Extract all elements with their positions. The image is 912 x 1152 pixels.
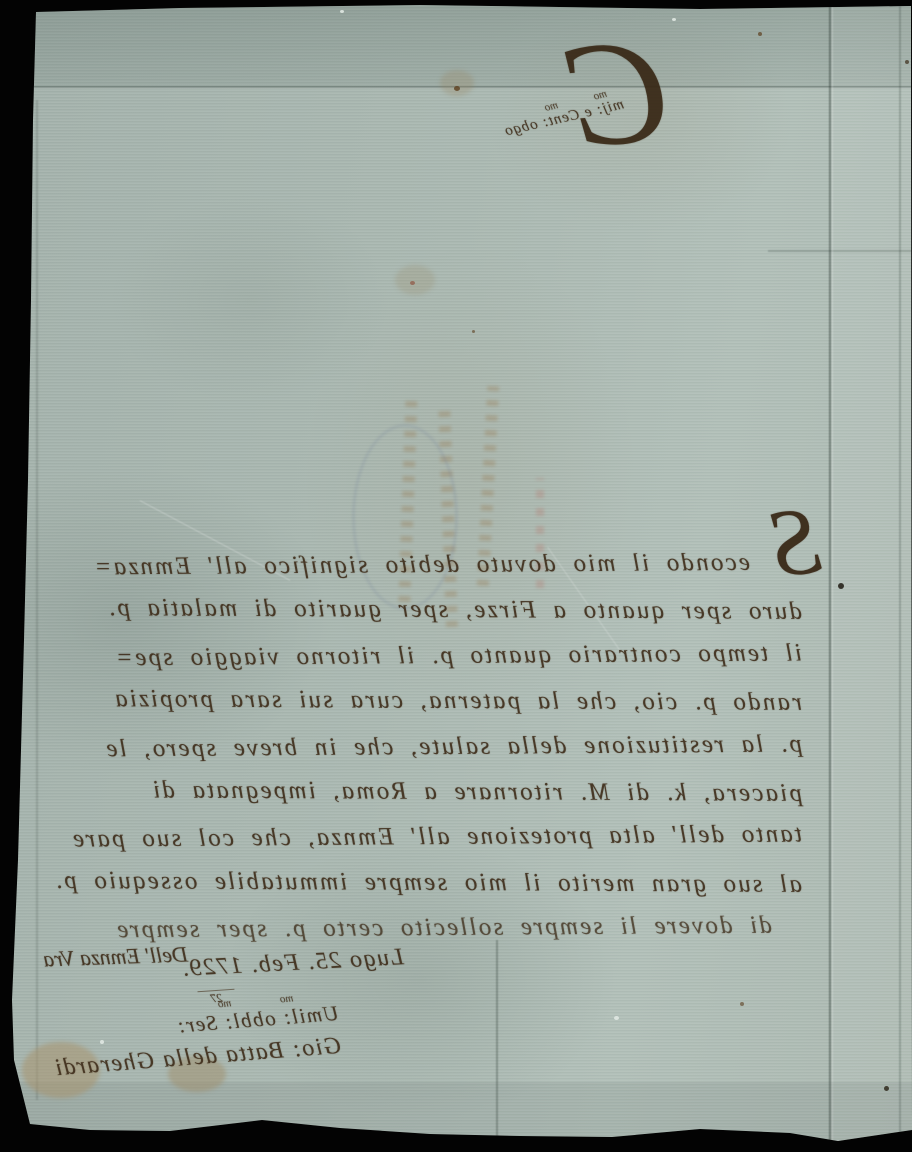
manuscript-line: p. la restituzione della salute, che in …	[94, 721, 802, 771]
manuscript-line: tanto dell' alta protezione all' Emnza, …	[94, 812, 802, 862]
closing-formula: Dell' Emnza Vra	[43, 941, 189, 972]
manuscript-line: il tempo contrario quanto p. il ritorno …	[94, 630, 802, 680]
manuscript-line: di dovere li sempre sollecito certo p. s…	[94, 903, 802, 953]
manuscript-line: rando p. cio, che la paterna, cura sui s…	[94, 676, 802, 725]
manuscript-line: al suo gran merito il mio sempre immutab…	[94, 858, 802, 907]
manuscript-line: piacera, k. di M. ritornare a Roma, impe…	[94, 767, 802, 816]
letter-body: econdo il mio dovuto debito significo al…	[94, 542, 802, 951]
mirrored-handwriting-layer: C mo mo mij: e Cent: obgo S econdo il mi…	[0, 0, 912, 1152]
manuscript-line: duro sper quanto a Firze, sper guarito d…	[94, 586, 802, 635]
signature-block: mo mo Umil: obbl: Ser: Gio: Batta della …	[3, 989, 343, 1086]
letter-scan: C mo mo mij: e Cent: obgo S econdo il mi…	[0, 0, 912, 1152]
manuscript-line: econdo il mio dovuto debito significo al…	[94, 540, 802, 590]
